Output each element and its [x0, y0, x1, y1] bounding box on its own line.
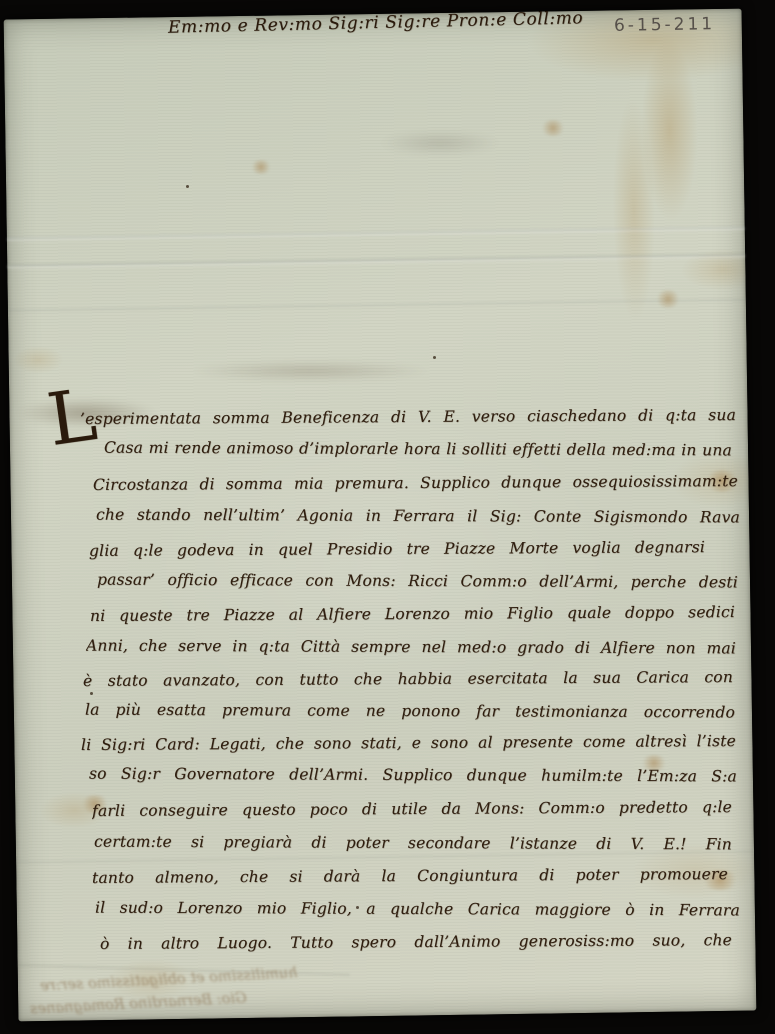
- letter-line: tanto almeno, che si darà la Congiuntura…: [92, 861, 728, 891]
- letter-line: Circostanza di somma mia premura. Suppli…: [93, 468, 738, 498]
- letter-line: so Sig:r Governatore dell’Armi. Supplico…: [89, 761, 737, 790]
- letter-line: li Sig:ri Card: Legati, che sono stati, …: [81, 728, 736, 758]
- letter-line: ’esperimentata somma Beneficenza di V. E…: [80, 402, 736, 432]
- letter-line: Anni, che serve in q:ta Città sempre nel…: [86, 633, 736, 662]
- letter-line: Casa mi rende animoso d’implorarle hora …: [104, 435, 732, 464]
- letter-line: glia q:le godeva in quel Presidio tre Pi…: [89, 534, 705, 564]
- photo-background: Em:mo e Rev:mo Sig:ri Sig:re Pron:e Coll…: [0, 0, 775, 1034]
- letter-body: ’esperimentata somma Beneficenza di V. E…: [0, 0, 775, 1034]
- letter-line: ni queste tre Piazze al Alfiere Lorenzo …: [90, 599, 735, 629]
- letter-line: ò in altro Luogo. Tutto spero dall’Animo…: [100, 927, 732, 957]
- letter-line: la più esatta premura come ne ponono far…: [85, 697, 735, 726]
- letter-line: certam:te si pregiarà di poter secondare…: [94, 829, 732, 858]
- letter-line: è stato avanzato, con tutto che habbia e…: [83, 664, 733, 694]
- letter-line: che stando nell’ultim’ Agonia in Ferrara…: [96, 502, 740, 531]
- letter-line: farli conseguire questo poco di utile da…: [92, 794, 732, 824]
- letter-line: il sud:o Lorenzo mio Figlio, a qualche C…: [95, 895, 740, 924]
- letter-line: passar’ officio efficace con Mons: Ricci…: [97, 567, 738, 596]
